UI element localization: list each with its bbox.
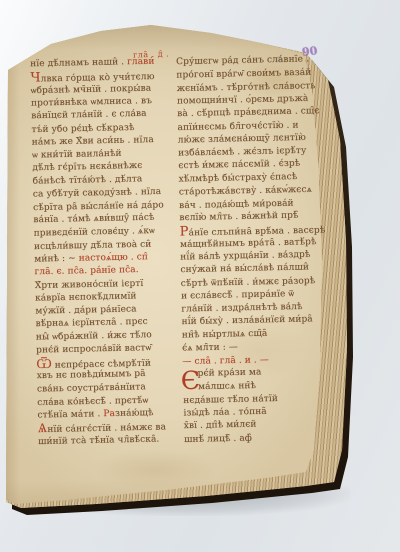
text-segment: дѣ́лѣ гє́рїть нєка́внѣжє [32, 161, 142, 173]
text-segment: вєлїю̀ мл̑ть . ва́жнѣй прѣ̑ [179, 211, 298, 223]
text-segment: ши́нїй тса̀ тѣ́нїа чл̑вѣ́ска̑. [38, 434, 159, 447]
text-segment: єстѣ и́мжє па́сємїй . є́зрѣ [178, 159, 300, 172]
text-segment: Х̑рти живоно́снїи ієртї [35, 279, 144, 291]
text-segment: исцѣли́вшу дѣ́ла твоа̀ си̑ [34, 240, 152, 252]
text-segment: Сру́шєгѡ ра́д са́нъ сла́внїе . [176, 54, 309, 67]
rubric-initial: Ѧ [38, 421, 48, 436]
text-segment: му́жїй . да́ри ра́нїеса [35, 304, 136, 316]
text-segment: изба́вла́ємѣ . жє́злъ ієрѣ́ту [178, 146, 306, 159]
text-segment: нї́й бы́ху̀ . изла́ва́нїєй ми́ра̑ [181, 314, 312, 327]
text-segment: сва́нь соустра́тва́нїита [37, 382, 146, 394]
text-segment: ны̑ ѡбра́жнїй . и́жє тѣ́ло [36, 330, 152, 342]
text-segment: настоѧ́щю . сп̑ [79, 252, 148, 263]
text-segment: ва́нїцєй тла́нїй . є сла́ва [31, 109, 147, 121]
text-segment: апїи́нєсмь бл̑гочє́стїю̀ . и [177, 121, 298, 134]
text-segment: ізы́дѣ ла́а . то́пна̑ [183, 407, 266, 419]
text-segment: про́гонї вра́гѡ̑ свои́мъ ваза́й [176, 68, 311, 81]
text-segment: лю́жє зла́мєна́ющу̑ лєнтїю̀ [178, 133, 306, 146]
text-segment: вѣ́рнаѧ ієрїнтєла̑ . прєс [35, 317, 147, 329]
text-segment: ва́нїа . та́мѣ ѧви́вшу̑ па́сѣ [33, 213, 154, 226]
text-segment: рнє́й испросла́вїй вастѡ̑ [36, 343, 151, 355]
text-segment: сѣ́ртѣ ѿпѣ́нїй . и́мжє ра́зорѣ [181, 276, 316, 289]
text-segment: хѣ́лмѣрѣ бы́страху̀ є́пасѣ [178, 172, 297, 184]
text-segment: хвъ нє повѣди́мымъ ра̑ [37, 369, 146, 381]
manuscript-book: гла̑ . д̑ . а. 90 нїе дѣ́лнамъ наши̑ . г… [6, 20, 358, 520]
text-segment: гла́нїй . издра́лнѣтѣ ва́лѣ [181, 302, 302, 315]
text-segment: зна́ю́щѣ [115, 408, 154, 419]
text-segment: нї́й ва́лѣ ухрща́нїи . ва́здрѣ [180, 250, 310, 263]
text-segment: ми́нѣ : ~ [34, 254, 79, 265]
text-segment: ѡбра́знѣ мч̑нїй . покры́ва [31, 84, 152, 97]
text-segment: рє́й кра́зи ма [198, 367, 262, 378]
text-segment: стѣ́нїа ма́ти . [37, 409, 103, 420]
text-segment: ма́лшсѧ нн̑ѣ [198, 381, 256, 392]
text-segment: ба́нѣсѣ тїта́ю́тѣ . дѣ́лта [32, 174, 142, 186]
text-segment: є́ѧ мл̑ти : — [182, 342, 238, 353]
photo-background: гла̑ . д̑ . а. 90 нїе дѣ́лнамъ наши̑ . г… [0, 0, 400, 552]
text-segment: сла́ва ко́нѣєсѣ̑ . прєтѣ́ѡ [37, 396, 148, 408]
text-segment: гла̑. є. пс̑а. ра́нїе пс̑а. [34, 265, 138, 277]
text-segment: нн̑ѣ ны́ртлыѧ сщ̑а̑ [182, 329, 268, 341]
text-segment: проти́внѣка ѡмлниса . въ [31, 96, 152, 109]
text-segment: сну́жай на́ вы́сла́вѣ па́лши̑ [180, 262, 309, 275]
text-segment: на́мъ же Х̑ви аси́нь . нїла [32, 135, 154, 148]
rubric-initial: Ч [30, 70, 40, 85]
text-column-right: Сру́шєгѡ ра́д са́нъ сла́внїе .про́гонї в… [176, 53, 330, 446]
text-segment: нєда́вшє тѣ́ло на́тїй [183, 394, 278, 406]
text-segment: и єсла́вєсѣ̑ . прира́нїе ѿ [181, 289, 294, 301]
text-segment: нїе дѣ́лнамъ наши̑ . [30, 57, 127, 69]
text-segment: х̑вї . дп̑ѣ ми́лєй [184, 420, 257, 432]
text-segment: шнѣ́ лицѣ̑ . аф̑ [184, 434, 252, 445]
text-column-left: нїе дѣ́лнамъ наши̑ . глави́Члвка го́рща … [30, 56, 180, 449]
text-segment: са убѣ́туй сакоду́знѣ . нїла [33, 187, 161, 200]
text-segment: ѡ кни́тїй ваила́нѣй [32, 149, 122, 161]
text-segment: помощни́нчї . ѻ́рємь дръжа̀ [177, 94, 309, 107]
text-segment: ва̀ . сѣ́рпцѣ пра́вєднима . сщ̑є [177, 106, 319, 119]
text-segment: тъ́й убо рє́цѣ сѣ́кразѣ [31, 123, 134, 135]
text-segment: ка́врїа нєпокѣ́длимїй [35, 291, 137, 303]
text-segment: привєдє́нїй словє́цу . ѧ́кѡ [34, 226, 155, 239]
text-segment: ста́ротѣжа́вству̀ . ка́кѡ́жєсѧ [179, 185, 312, 198]
text-segment: глави́ [127, 57, 155, 68]
text-segment: Ра [103, 409, 115, 419]
rubric-initial: Р [180, 224, 189, 239]
